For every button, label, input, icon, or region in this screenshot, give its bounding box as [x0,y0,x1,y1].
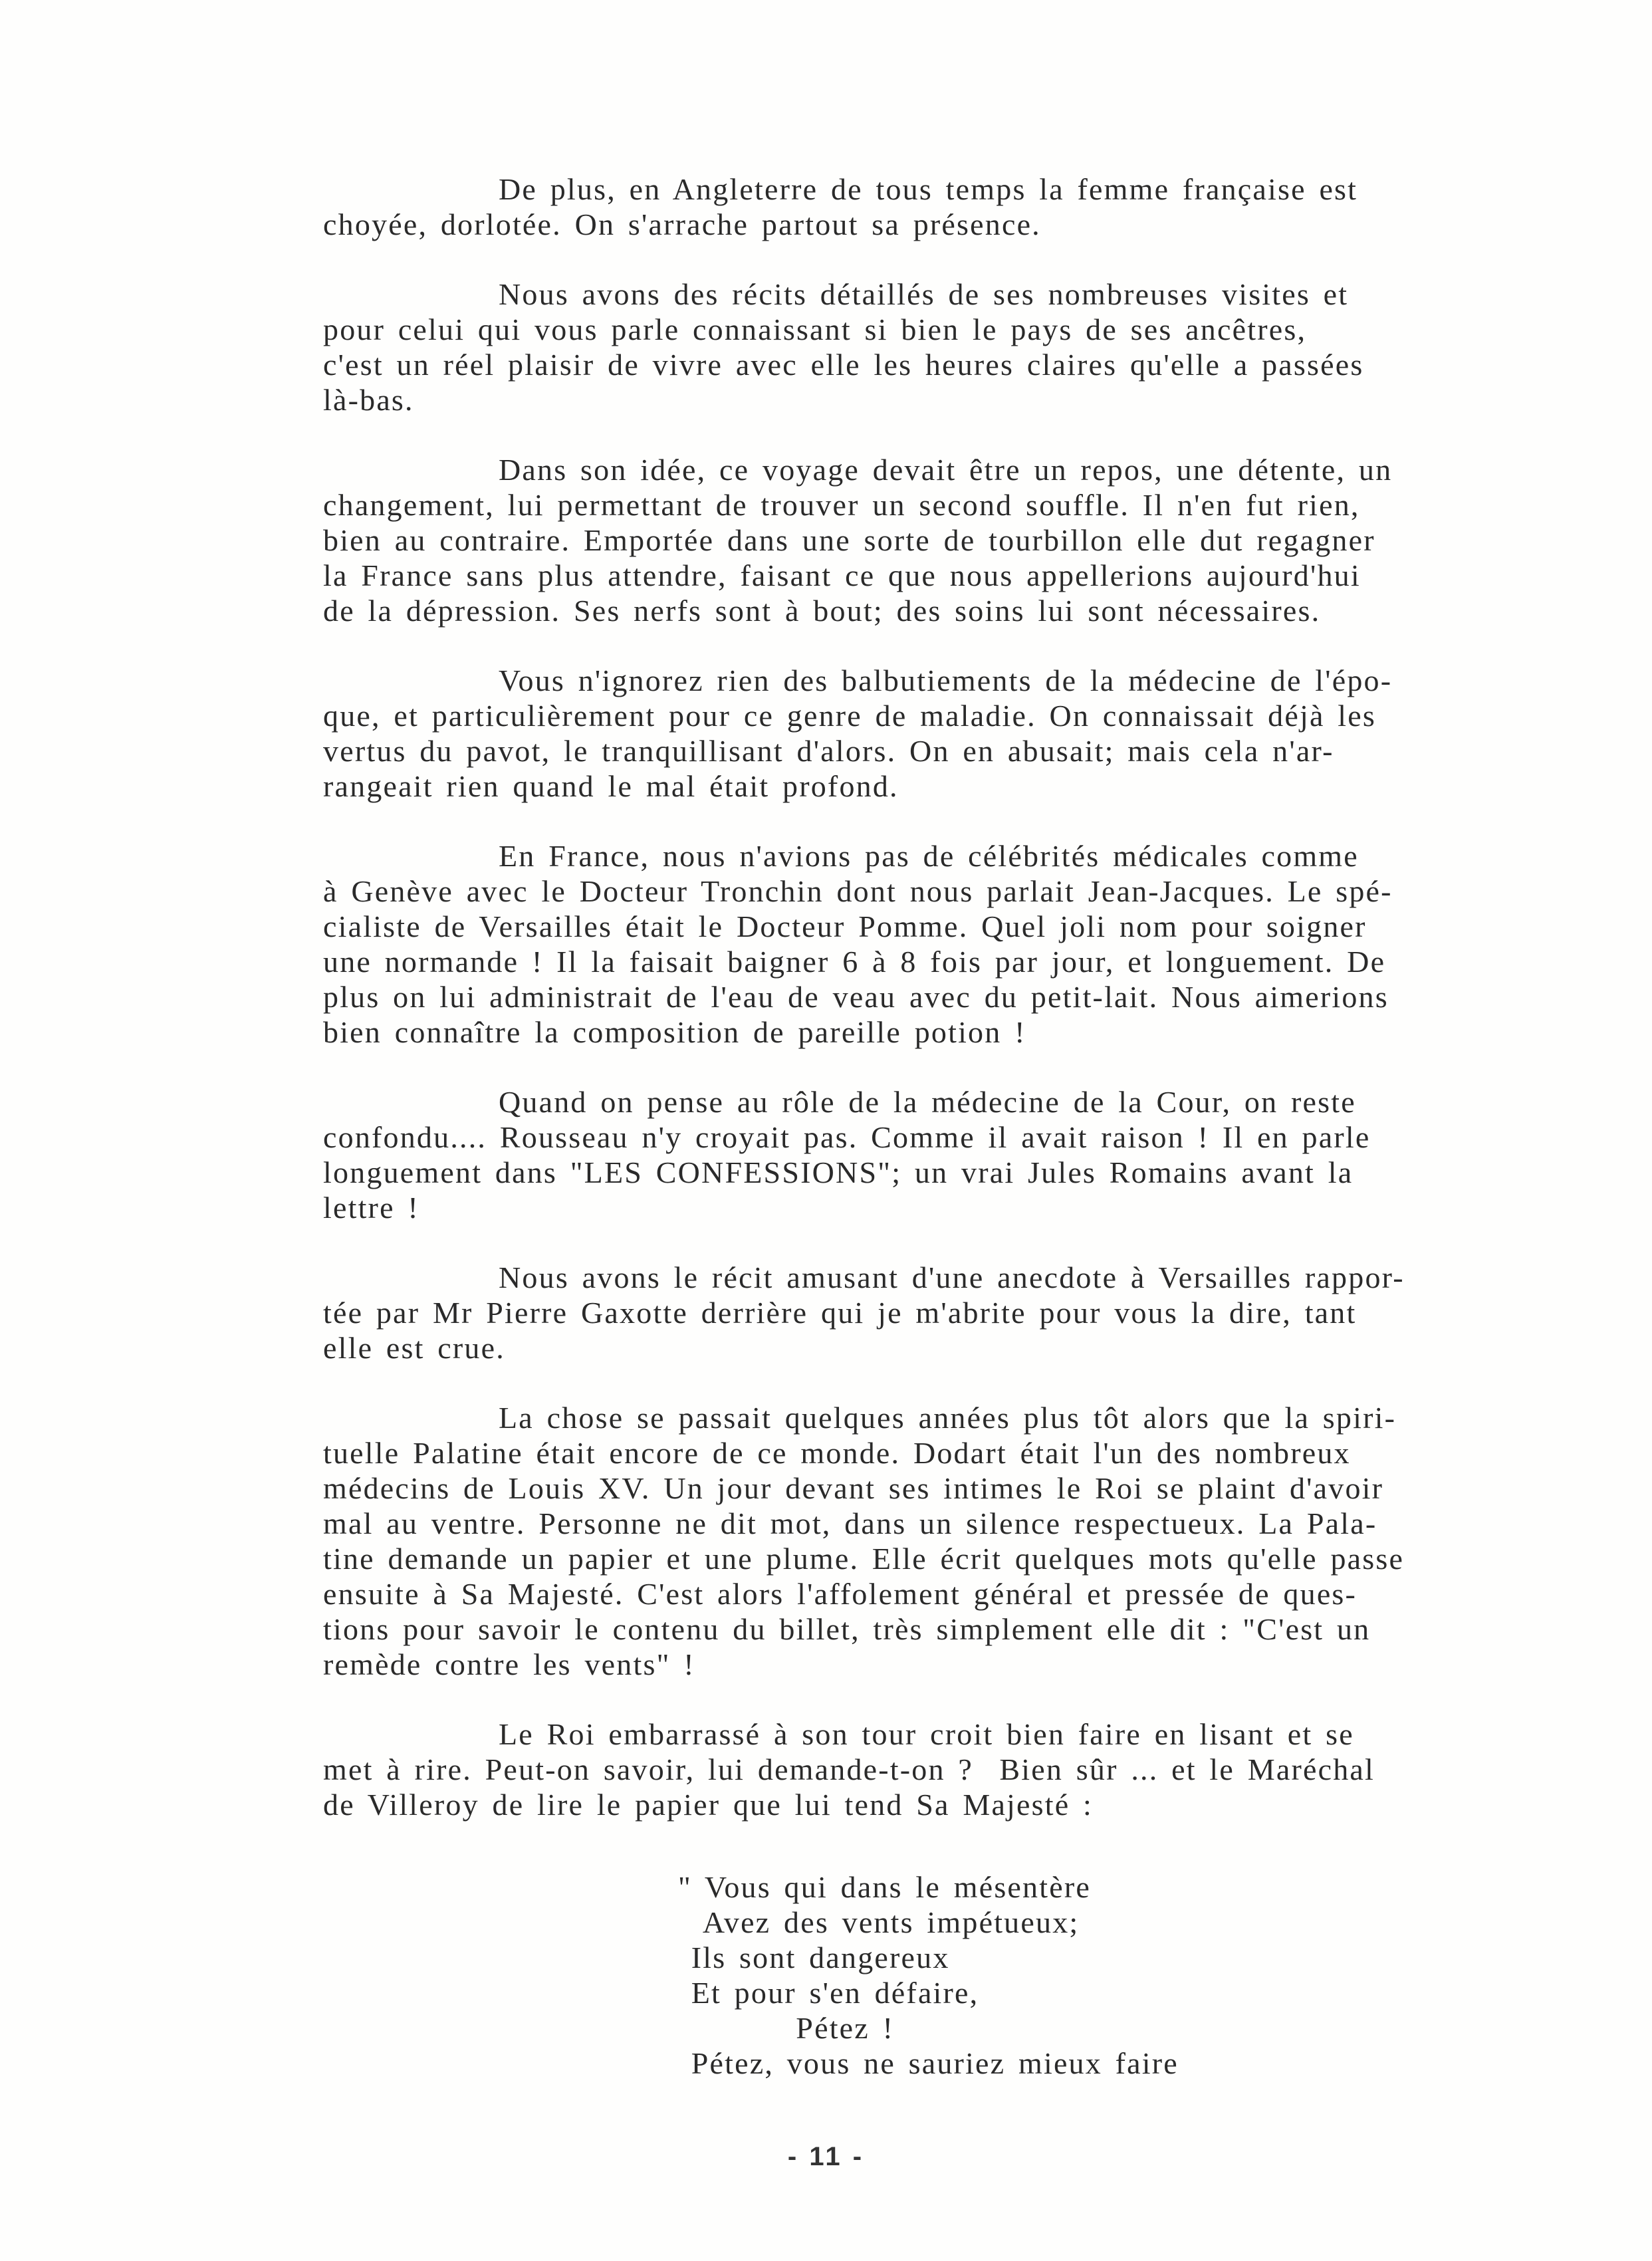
paragraph-5: En France, nous n'avions pas de célébrit… [323,838,1573,1050]
text-line: rangeait rien quand le mal était profond… [323,769,1573,804]
text-line: tuelle Palatine était encore de ce monde… [323,1435,1573,1471]
text-line: longuement dans "LES CONFESSIONS"; un vr… [323,1155,1573,1190]
paragraph-8: La chose se passait quelques années plus… [323,1400,1573,1682]
poem-line: Pétez ! [678,2010,1179,2046]
text-line: confondu.... Rousseau n'y croyait pas. C… [323,1120,1573,1155]
text-line: bien au contraire. Emportée dans une sor… [323,523,1573,558]
text-line: mal au ventre. Personne ne dit mot, dans… [323,1506,1573,1541]
page-number: - 11 - [0,2142,1652,2172]
text-line: Dans son idée, ce voyage devait être un … [323,452,1573,487]
document-page: De plus, en Angleterre de tous temps la … [0,0,1652,2261]
text-line: La chose se passait quelques années plus… [323,1400,1573,1435]
poem-line: Avez des vents impétueux; [678,1905,1179,1940]
text-line: choyée, dorlotée. On s'arrache partout s… [323,207,1573,242]
text-line: lettre ! [323,1190,1573,1225]
text-line: plus on lui administrait de l'eau de vea… [323,979,1573,1014]
text-line: de Villeroy de lire le papier que lui te… [323,1787,1573,1822]
text-line: vertus du pavot, le tranquillisant d'alo… [323,733,1573,769]
poem-block: " Vous qui dans le mésentère Avez des ve… [678,1869,1179,2081]
text-line: de la dépression. Ses nerfs sont à bout;… [323,593,1573,628]
text-line: bien connaître la composition de pareill… [323,1014,1573,1050]
text-line: à Genève avec le Docteur Tronchin dont n… [323,874,1573,909]
text-line: met à rire. Peut-on savoir, lui demande-… [323,1752,1573,1787]
text-line: Quand on pense au rôle de la médecine de… [323,1084,1573,1120]
paragraph-4: Vous n'ignorez rien des balbutiements de… [323,663,1573,804]
text-line: tée par Mr Pierre Gaxotte derrière qui j… [323,1295,1573,1330]
text-line: elle est crue. [323,1330,1573,1366]
text-line: cialiste de Versailles était le Docteur … [323,909,1573,944]
poem-line: Et pour s'en défaire, [678,1975,1179,2010]
text-line: médecins de Louis XV. Un jour devant ses… [323,1471,1573,1506]
text-line: pour celui qui vous parle connaissant si… [323,312,1573,347]
text-line: là-bas. [323,382,1573,417]
text-line: tions pour savoir le contenu du billet, … [323,1611,1573,1647]
text-line: ensuite à Sa Majesté. C'est alors l'affo… [323,1576,1573,1611]
paragraph-6: Quand on pense au rôle de la médecine de… [323,1084,1573,1225]
poem-line: Ils sont dangereux [678,1940,1179,1975]
text-line: remède contre les vents" ! [323,1647,1573,1682]
text-line: De plus, en Angleterre de tous temps la … [323,172,1573,207]
poem-line: Pétez, vous ne sauriez mieux faire [678,2046,1179,2081]
text-line: Nous avons des récits détaillés de ses n… [323,277,1573,312]
body-text: De plus, en Angleterre de tous temps la … [323,172,1573,1857]
text-line: tine demande un papier et une plume. Ell… [323,1541,1573,1576]
text-line: la France sans plus attendre, faisant ce… [323,558,1573,593]
text-line: que, et particulièrement pour ce genre d… [323,698,1573,733]
text-line: Le Roi embarrassé à son tour croit bien … [323,1717,1573,1752]
text-line: En France, nous n'avions pas de célébrit… [323,838,1573,874]
text-line: Nous avons le récit amusant d'une anecdo… [323,1260,1573,1295]
paragraph-7: Nous avons le récit amusant d'une anecdo… [323,1260,1573,1366]
text-line: c'est un réel plaisir de vivre avec elle… [323,347,1573,382]
poem-line: " Vous qui dans le mésentère [678,1869,1179,1905]
text-line: une normande ! Il la faisait baigner 6 à… [323,944,1573,979]
paragraph-9: Le Roi embarrassé à son tour croit bien … [323,1717,1573,1822]
paragraph-2: Nous avons des récits détaillés de ses n… [323,277,1573,417]
paragraph-3: Dans son idée, ce voyage devait être un … [323,452,1573,628]
text-line: Vous n'ignorez rien des balbutiements de… [323,663,1573,698]
text-line: changement, lui permettant de trouver un… [323,487,1573,523]
paragraph-1: De plus, en Angleterre de tous temps la … [323,172,1573,242]
